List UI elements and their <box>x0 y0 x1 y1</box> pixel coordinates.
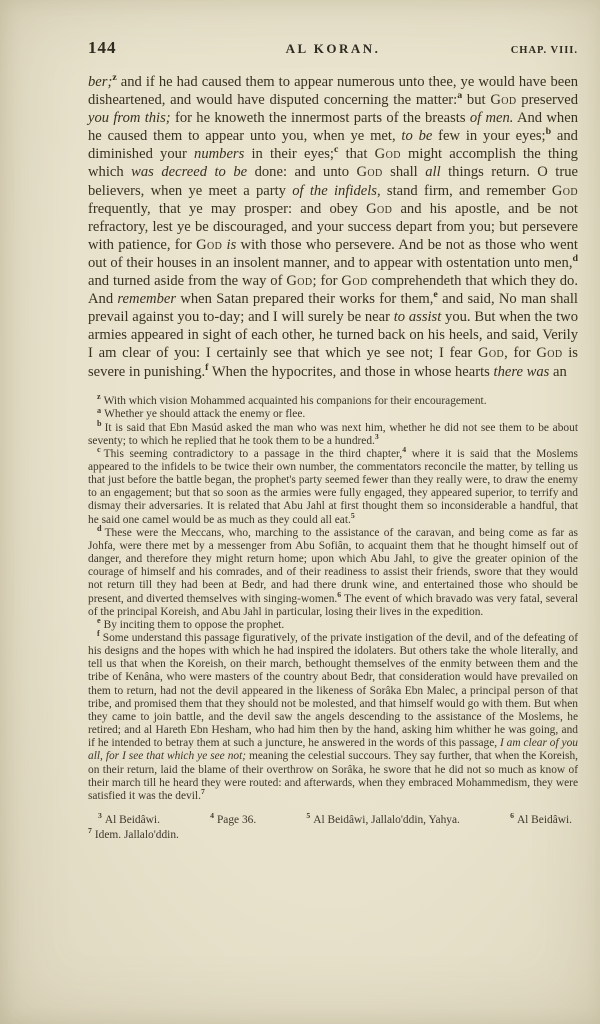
body-text: ber;z and if he had caused them to appea… <box>88 73 578 381</box>
footnote-text-z: With which vision Mohammed acquainted hi… <box>104 395 487 407</box>
footnote-z: zWith which vision Mohammed acquainted h… <box>88 395 578 408</box>
references-line-2: 7Idem. Jallalo'ddin. <box>88 828 578 843</box>
footnote-text-a: Whether ye should attack the enemy or fl… <box>104 408 305 420</box>
footnote-marker-a: a <box>97 406 101 415</box>
footnote-f: fSome understand this passage figurative… <box>88 632 578 803</box>
footnote-marker-f: f <box>97 629 100 638</box>
footnote-text-e: By inciting them to oppose the prophet. <box>104 619 285 631</box>
footnote-text-c: This seeming contradictory to a passage … <box>88 448 578 526</box>
reference-item: 4Page 36. <box>210 813 256 828</box>
book-page: 144 AL KORAN. CHAP. VIII. ber;z and if h… <box>0 0 600 1024</box>
footnotes-section: zWith which vision Mohammed acquainted h… <box>88 395 578 803</box>
page-number: 144 <box>88 38 178 58</box>
footnote-text-d: These were the Meccans, who, marching to… <box>88 527 578 618</box>
footnote-c: cThis seeming contradictory to a passage… <box>88 448 578 527</box>
footnote-marker-d: d <box>97 524 102 533</box>
footnote-marker-z: z <box>97 392 101 401</box>
page-header: 144 AL KORAN. CHAP. VIII. <box>88 38 578 58</box>
page-content: 144 AL KORAN. CHAP. VIII. ber;z and if h… <box>88 38 578 843</box>
footnote-marker-e: e <box>97 616 101 625</box>
reference-item: 6Al Beidâwi. <box>510 813 572 828</box>
references-line-1: 3Al Beidâwi.4Page 36.5Al Beidâwi, Jallal… <box>88 813 578 828</box>
footnote-marker-b: b <box>97 419 102 428</box>
footnote-e: eBy inciting them to oppose the prophet. <box>88 619 578 632</box>
reference-item: 5Al Beidâwi, Jallalo'ddin, Yahya. <box>306 813 460 828</box>
reference-item: 7Idem. Jallalo'ddin. <box>88 829 179 841</box>
footnote-marker-c: c <box>97 445 101 454</box>
references-section: 3Al Beidâwi.4Page 36.5Al Beidâwi, Jallal… <box>88 813 578 843</box>
footnote-d: dThese were the Meccans, who, marching t… <box>88 527 578 619</box>
footnote-b: bIt is said that Ebn Masúd asked the man… <box>88 422 578 448</box>
footnote-text-b: It is said that Ebn Masúd asked the man … <box>88 422 578 447</box>
reference-item: 3Al Beidâwi. <box>98 813 160 828</box>
footnote-a: aWhether ye should attack the enemy or f… <box>88 408 578 421</box>
chapter-label: CHAP. VIII. <box>488 45 578 56</box>
running-title: AL KORAN. <box>178 41 488 57</box>
footnote-text-f: Some understand this passage figurativel… <box>88 632 578 802</box>
